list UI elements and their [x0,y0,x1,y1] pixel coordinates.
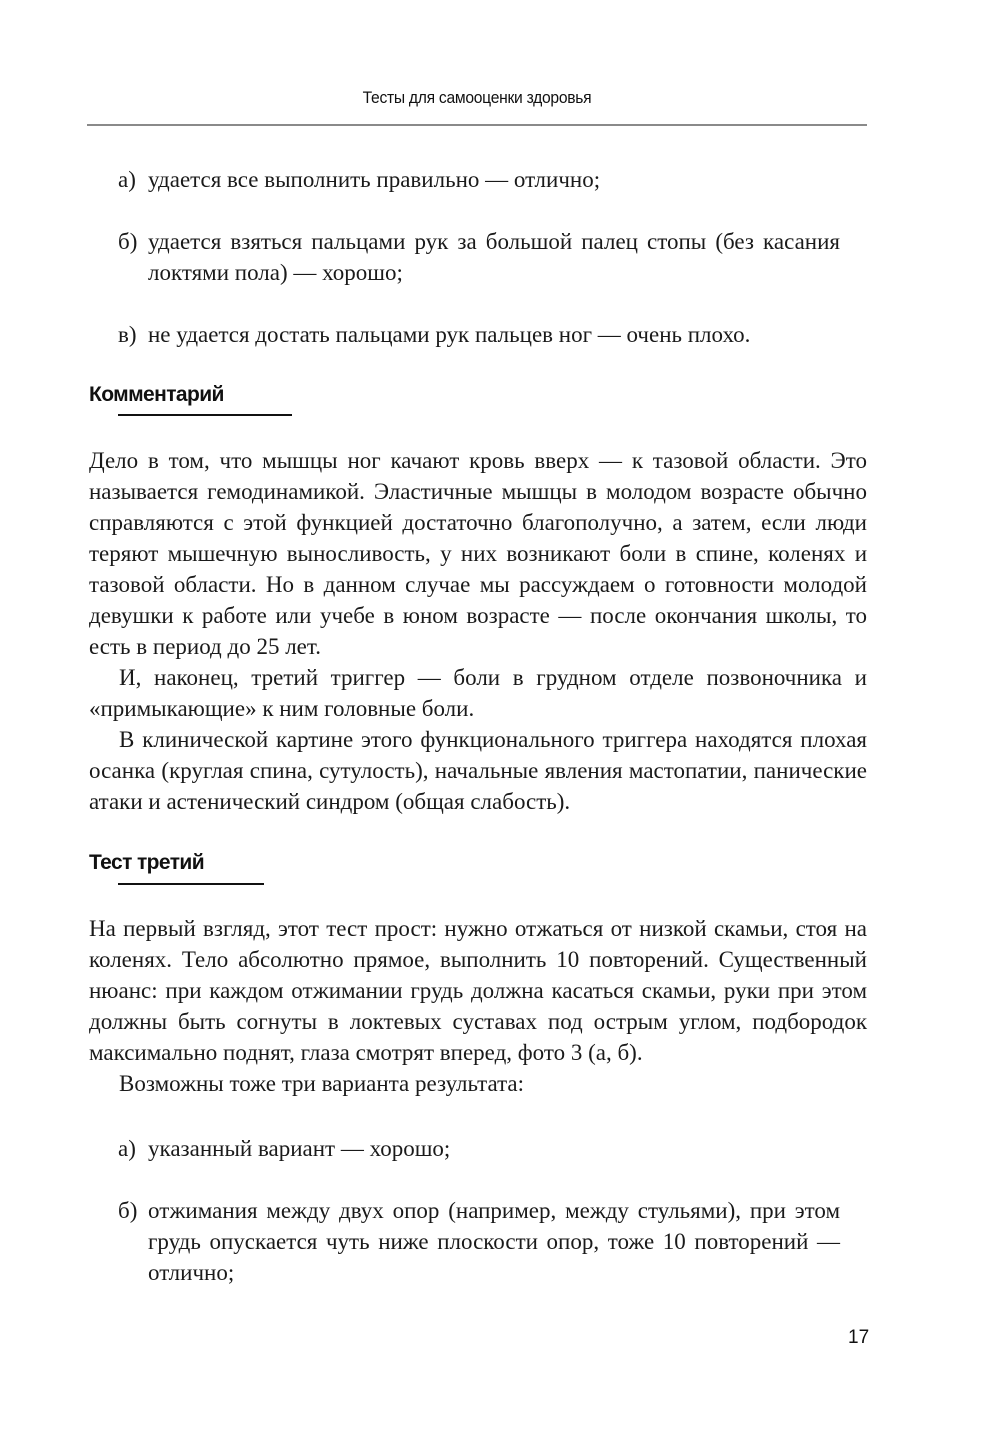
list-item: в) не удается достать пальцами рук пальц… [118,319,840,350]
header-divider [87,124,867,126]
page-number: 17 [848,1327,869,1349]
heading-underline [118,883,264,885]
list-item-text: не удается достать пальцами рук пальцев … [148,319,840,350]
list-item: б) удается взяться пальцами рук за больш… [118,226,840,288]
paragraph: Возможны тоже три варианта результата: [89,1068,867,1099]
section-heading-test-3: Тест третий [89,851,204,875]
list-marker: а) [118,164,136,195]
paragraph: На первый взгляд, этот тест прост: нужно… [89,913,867,1068]
list-item-text: указанный вариант — хорошо; [148,1133,840,1164]
list-item: а) указанный вариант — хорошо; [118,1133,840,1164]
test-3-body: На первый взгляд, этот тест прост: нужно… [89,913,867,1099]
list-item-text: удается взяться пальцами рук за большой … [148,226,840,288]
section-heading-comment: Комментарий [89,383,224,407]
list-marker: в) [118,319,137,350]
list-item-text: удается все выполнить правильно — отличн… [148,164,840,195]
list-marker: б) [118,1195,137,1226]
paragraph: И, наконец, третий триггер — боли в груд… [89,662,867,724]
running-head: Тесты для самооценки здоровья [118,88,836,108]
comment-body: Дело в том, что мышцы ног качают кровь в… [89,445,867,817]
list-item-text: отжимания между двух опор (например, меж… [148,1195,840,1288]
list-marker: а) [118,1133,136,1164]
list-item: а) удается все выполнить правильно — отл… [118,164,840,195]
heading-underline [118,414,292,416]
list-item: б) отжимания между двух опор (например, … [118,1195,840,1288]
paragraph: В клинической картине этого функциональн… [89,724,867,817]
paragraph: Дело в том, что мышцы ног качают кровь в… [89,445,867,662]
list-marker: б) [118,226,137,257]
